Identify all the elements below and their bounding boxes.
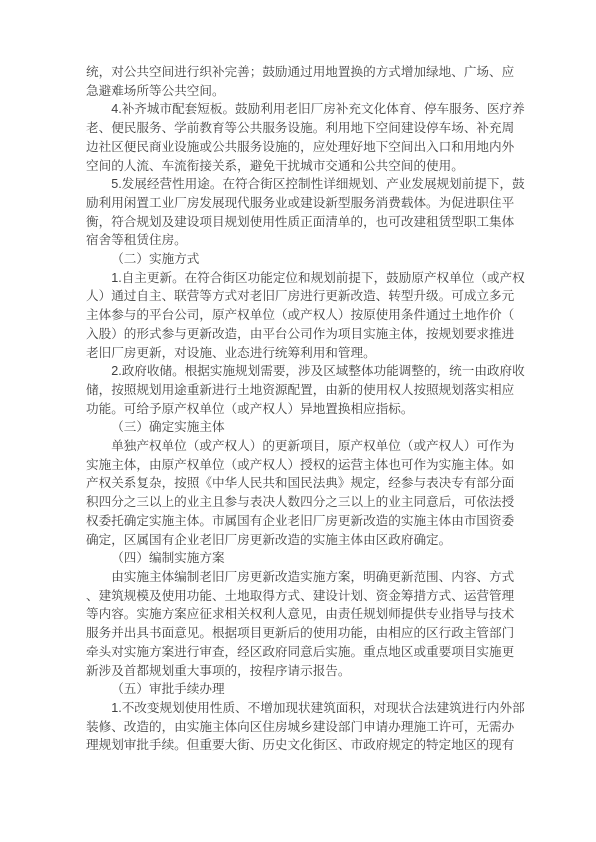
text-line: 空间的人流、车流衔接关系，避免干扰城市交通和公共空间的使用。 [86, 157, 514, 176]
text-line: 2.政府收储。根据实施规划需要，涉及区域整体功能调整的，统一由政府收 [86, 362, 514, 381]
text-line: 统，对公共空间进行织补完善；鼓励通过用地置换的方式增加绿地、广场、应 [86, 63, 514, 82]
section-heading: （三）确定实施主体 [86, 418, 514, 437]
text-line: 5.发展经营性用途。在符合街区控制性详细规划、产业发展规划前提下，鼓 [86, 175, 514, 194]
text-line: 单独产权单位（或产权人）的更新项目，原产权单位（或产权人）可作为 [86, 437, 514, 456]
text-line: 理规划审批手续。但重要大街、历史文化街区、市政府规定的特定地区的现有 [86, 736, 514, 755]
section-heading: （四）编制实施方案 [86, 549, 514, 568]
text-line: 老旧厂房更新，对设施、业态进行统筹利用和管理。 [86, 344, 514, 363]
text-line: 衡，符合规划及建设项目规划使用性质正面清单的，也可改建租赁型职工集体 [86, 213, 514, 232]
text-line: 主体参与的平台公司，原产权单位（或产权人）按原使用条件通过土地作价（ [86, 306, 514, 325]
text-line: 功能。可给予原产权单位（或产权人）异地置换相应指标。 [86, 400, 514, 419]
text-line: 储，按照规划用途重新进行土地资源配置，由新的使用权人按照规划落实相应 [86, 381, 514, 400]
text-line: 人）通过自主、联营等方式对老旧厂房进行更新改造、转型升级。可成立多元 [86, 287, 514, 306]
text-line: 老、便民服务、学前教育等公共服务设施。利用地下空间建设停车场、补充周 [86, 119, 514, 138]
text-line: 4.补齐城市配套短板。鼓励利用老旧厂房补充文化体育、停车服务、医疗养 [86, 100, 514, 119]
text-line: 确定，区属国有企业老旧厂房更新改造的实施主体由区政府确定。 [86, 531, 514, 550]
text-line: 、建筑规模及使用功能、土地取得方式、建设计划、资金筹措方式、运营管理 [86, 587, 514, 606]
section-heading: （二）实施方式 [86, 250, 514, 269]
text-line: 牵头对实施方案进行审查，经区政府同意后实施。重点地区或重要项目实施更 [86, 643, 514, 662]
text-line: 由实施主体编制老旧厂房更新改造实施方案，明确更新范围、内容、方式 [86, 568, 514, 587]
text-line: 边社区便民商业设施或公共服务设施的，应处理好地下空间出入口和用地内外 [86, 138, 514, 157]
text-line: 实施主体，由原产权单位（或产权人）授权的运营主体也可作为实施主体。如 [86, 456, 514, 475]
text-line: 1.自主更新。在符合街区功能定位和规划前提下，鼓励原产权单位（或产权 [86, 269, 514, 288]
text-line: 入股）的形式参与更新改造，由平台公司作为项目实施主体，按规划要求推进 [86, 325, 514, 344]
section-heading: （五）审批手续办理 [86, 680, 514, 699]
text-line: 1.不改变规划使用性质、不增加现状建筑面积，对现状合法建筑进行内外部 [86, 699, 514, 718]
text-line: 服务并出具书面意见。根据项目更新后的使用功能，由相应的区行政主管部门 [86, 624, 514, 643]
text-line: 权委托确定实施主体。市属国有企业老旧厂房更新改造的实施主体由市国资委 [86, 512, 514, 531]
text-line: 励利用闲置工业厂房发展现代服务业或建设新型服务消费载体。为促进职住平 [86, 194, 514, 213]
text-line: 产权关系复杂，按照《中华人民共和国民法典》规定，经参与表决专有部分面 [86, 474, 514, 493]
document-text-block: 统，对公共空间进行织补完善；鼓励通过用地置换的方式增加绿地、广场、应急避难场所等… [86, 63, 514, 755]
document-page: 统，对公共空间进行织补完善；鼓励通过用地置换的方式增加绿地、广场、应急避难场所等… [0, 0, 596, 842]
text-line: 等内容。实施方案应征求相关权利人意见，由责任规划师提供专业指导与技术 [86, 605, 514, 624]
text-line: 装修、改造的，由实施主体向区住房城乡建设部门申请办理施工许可，无需办 [86, 718, 514, 737]
text-line: 宿舍等租赁住房。 [86, 231, 514, 250]
text-line: 新涉及首都规划重大事项的，按程序请示报告。 [86, 662, 514, 681]
text-line: 积四分之三以上的业主且参与表决人数四分之三以上的业主同意后，可依法授 [86, 493, 514, 512]
text-line: 急避难场所等公共空间。 [86, 82, 514, 101]
